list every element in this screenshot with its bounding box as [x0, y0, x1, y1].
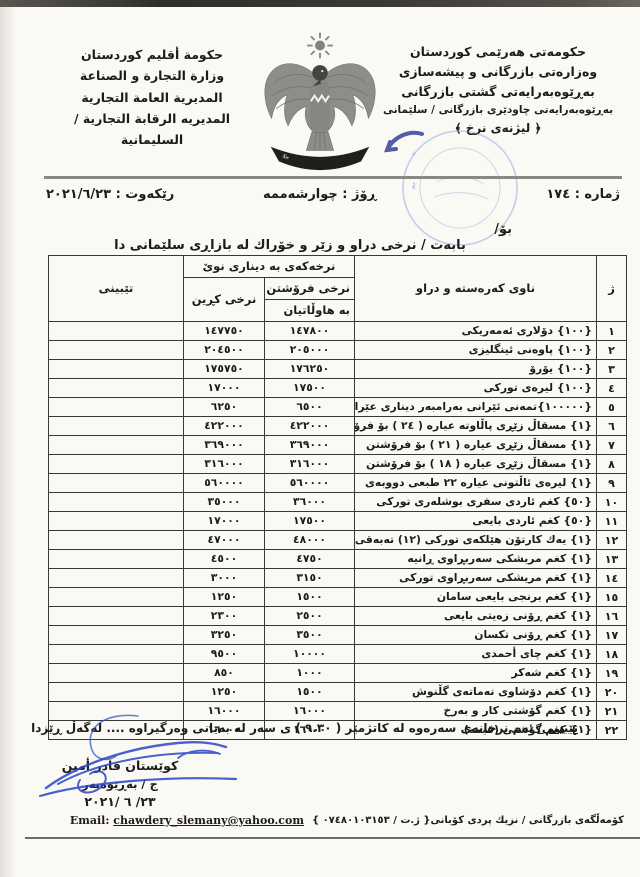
- item-name: {٥٠} كغم ئاردى بايعى: [355, 512, 597, 531]
- row-number: ٩: [597, 474, 627, 493]
- buy-price: ٣٦٩٠٠٠: [183, 436, 264, 455]
- sell-price: ١٧٥٠٠: [265, 379, 355, 398]
- row-number: ١٤: [597, 569, 627, 588]
- row-number: ٢: [597, 341, 627, 360]
- row-note: [48, 683, 183, 702]
- price-table-row: ١٢ {١} يەك كارتۆن هێلكەى توركى (١٢) تەبە…: [48, 531, 626, 550]
- subject-line: بابەت / نرخى دراو و زێر و خۆراك لە بازاڕ…: [0, 238, 610, 253]
- row-note: [48, 493, 183, 512]
- price-table-row: ١٦ {١} كغم ڕۆنى زەيتى بايعى ٢٥٠٠ ٢٣٠٠: [48, 607, 626, 626]
- item-name: {١} كغم دۆشاوى تەماتەى گڵنوش: [355, 683, 597, 702]
- price-table-row: ١٠ {٥٠} كغم ئاردى سفرى بوشلەرى توركى ٣٦٠…: [48, 493, 626, 512]
- row-number: ٥: [597, 398, 627, 417]
- row-note: [48, 531, 183, 550]
- item-name: {١٠٠} پاوەنى ئينگليزى: [355, 341, 597, 360]
- row-note: [48, 379, 183, 398]
- email-address: chawdery_slemany@yahoo.com: [113, 814, 304, 827]
- item-name: {١٠٠} يۆرۆ: [355, 360, 597, 379]
- sell-price: ٤٨٠٠٠: [265, 531, 355, 550]
- email-label: Email:: [70, 814, 110, 827]
- row-number: ٢٠: [597, 683, 627, 702]
- row-note: [48, 474, 183, 493]
- price-table: ژ ناوى كەرەستە و دراو نرخەكەى بە دينارى …: [48, 255, 627, 740]
- footer-rule: [25, 837, 640, 839]
- letterhead-line: بەڕێوەبەرايەتى گشتى بازرگانى: [372, 82, 624, 102]
- sell-price: ١٧٥٠٠: [265, 512, 355, 531]
- row-number: ١٨: [597, 645, 627, 664]
- buy-price: ٨٥٠: [183, 664, 264, 683]
- footnote-label: تێبينى/: [537, 721, 578, 735]
- item-name: {١} كغم گۆشتى كار و بەرخ: [355, 702, 597, 721]
- letterhead-line: المديريه الرقابة التجارية / السليمانية: [44, 108, 260, 151]
- column-header-sell-price-line2: بە هاوڵاتيان: [265, 300, 355, 322]
- buy-price: ٣٢٥٠: [183, 626, 264, 645]
- row-note: [48, 417, 183, 436]
- sell-price: ٤٢٢٠٠٠: [265, 417, 355, 436]
- sell-price: ٤٧٥٠: [265, 550, 355, 569]
- buy-price: ١٤٧٧٥٠: [183, 322, 264, 341]
- sell-price: ٢٥٠٠: [265, 607, 355, 626]
- sell-price: ١٥٠٠: [265, 683, 355, 702]
- buy-price: ٢٠٤٥٠٠: [183, 341, 264, 360]
- buy-price: ١٧٠٠٠: [183, 512, 264, 531]
- row-note: [48, 341, 183, 360]
- buy-price: ٣١٦٠٠٠: [183, 455, 264, 474]
- row-number: ٣: [597, 360, 627, 379]
- item-name: {١} ليرەى ئاڵتونى عيارە ٢٢ طبعى دووبەى: [355, 474, 597, 493]
- item-name: {١} كغم مريشكى سەربڕاوى توركى: [355, 569, 597, 588]
- item-name: {١} كغم ڕۆنى تكسان: [355, 626, 597, 645]
- buy-price: ٥٦٠٠٠٠: [183, 474, 264, 493]
- item-name: {١} كغم برنجى بايعى سامان: [355, 588, 597, 607]
- buy-price: ١٦٠٠٠: [183, 702, 264, 721]
- item-name: {١٠٠} ليرەى توركى: [355, 379, 597, 398]
- price-table-row: ٢٠ {١} كغم دۆشاوى تەماتەى گڵنوش ١٥٠٠ ١٢٥…: [48, 683, 626, 702]
- letterhead-arabic-block: حكومة أقليم كوردستان وزارة التجارة و الص…: [44, 44, 260, 150]
- price-table-row: ١١ {٥٠} كغم ئاردى بايعى ١٧٥٠٠ ١٧٠٠٠: [48, 512, 626, 531]
- letterhead-line: حكومەتى هەرێمى كوردستان: [372, 42, 624, 62]
- document-number: ژماره : ١٧٤: [546, 187, 620, 202]
- footer-contact-line: كۆمەڵگەى بازرگانى / نزيك پردى كۆبانى{ ژ.…: [70, 814, 624, 827]
- header-divider-rule: [44, 176, 622, 179]
- price-table-row: ٩ {١} ليرەى ئاڵتونى عيارە ٢٢ طبعى دووبەى…: [48, 474, 626, 493]
- letterhead-line: بەڕێوەبەرايەتى چاودێرى بازرگانى / سلێمان…: [372, 102, 624, 119]
- price-table-body: ١ {١٠٠} دۆلارى ئەمەريكى ١٤٧٨٠٠ ١٤٧٧٥٠ ٢ …: [48, 322, 626, 740]
- footer-address: كۆمەڵگەى بازرگانى / نزيك پردى كۆبانى{ ژ.…: [312, 815, 624, 826]
- price-table-row: ٨ {١} مسقاڵ زێڕى عيارە ( ١٨ ) بۆ فرۆشتن …: [48, 455, 626, 474]
- handwritten-signature-icon: [28, 726, 264, 804]
- price-table-row: ١٩ {١} كغم شەكر ١٠٠٠ ٨٥٠: [48, 664, 626, 683]
- price-table-row: ٣ {١٠٠} يۆرۆ ١٧٦٢٥٠ ١٧٥٧٥٠: [48, 360, 626, 379]
- buy-price: ٦٢٥٠: [183, 398, 264, 417]
- item-name: {١} كغم شەكر: [355, 664, 597, 683]
- row-number: ٢٢: [597, 721, 627, 740]
- row-note: [48, 322, 183, 341]
- row-number: ١٥: [597, 588, 627, 607]
- row-note: [48, 436, 183, 455]
- row-number: ١: [597, 322, 627, 341]
- buy-price: ١٧٠٠٠: [183, 379, 264, 398]
- price-table-row: ٦ {١} مسقاڵ زێڕى پاڵاوتە عيارە ( ٢٤ ) بۆ…: [48, 417, 626, 436]
- row-note: [48, 588, 183, 607]
- row-note: [48, 550, 183, 569]
- buy-price: ٣٠٠٠: [183, 569, 264, 588]
- row-note: [48, 626, 183, 645]
- price-table-row: ١٤ {١} كغم مريشكى سەربڕاوى توركى ٣١٥٠ ٣٠…: [48, 569, 626, 588]
- buy-price: ٣٥٠٠٠: [183, 493, 264, 512]
- buy-price: ٤٧٠٠٠: [183, 531, 264, 550]
- sell-price: ١٥٠٠: [265, 588, 355, 607]
- scan-edge-shade: [0, 7, 16, 877]
- row-number: ١٩: [597, 664, 627, 683]
- letterhead-line: حكومة أقليم كوردستان: [44, 44, 260, 65]
- sell-price: ٥٦٠٠٠٠: [265, 474, 355, 493]
- sell-price: ٣١٥٠: [265, 569, 355, 588]
- document-day: ڕۆژ : چوارشەممە: [263, 187, 376, 202]
- price-table-row: ٢ {١٠٠} پاوەنى ئينگليزى ٢٠٥٠٠٠ ٢٠٤٥٠٠: [48, 341, 626, 360]
- buy-price: ١٢٥٠: [183, 683, 264, 702]
- buy-price: ١٧٥٧٥٠: [183, 360, 264, 379]
- row-note: [48, 607, 183, 626]
- buy-price: ١٢٥٠: [183, 588, 264, 607]
- buy-price: ٢٣٠٠: [183, 607, 264, 626]
- row-number: ٦: [597, 417, 627, 436]
- row-number: ١٦: [597, 607, 627, 626]
- row-number: ٢١: [597, 702, 627, 721]
- sell-price: ١٦٠٠٠: [265, 702, 355, 721]
- row-number: ١٢: [597, 531, 627, 550]
- column-header-price-group: نرخەكەى بە دينارى نوێ: [183, 256, 354, 278]
- item-name: {١} مسقاڵ زێڕى عيارە ( ٢١ ) بۆ فرۆشتن: [355, 436, 597, 455]
- column-header-notes: تێبينى: [48, 256, 183, 322]
- column-header-sell-price-line1: نرخى فرۆشتن: [265, 278, 355, 300]
- scanned-price-list-document: { "header": { "right_block": { "lines": …: [0, 0, 640, 877]
- sell-price: ١٠٠٠: [265, 664, 355, 683]
- price-table-row: ١٨ {١} كغم چاى أحمدى ١٠٠٠٠ ٩٥٠٠: [48, 645, 626, 664]
- row-number: ١١: [597, 512, 627, 531]
- sell-price: ١٧٦٢٥٠: [265, 360, 355, 379]
- row-note: [48, 512, 183, 531]
- document-date: رێكەوت : ٢٠٢١/٦/٢٣: [46, 187, 174, 202]
- price-table-row: ١ {١٠٠} دۆلارى ئەمەريكى ١٤٧٨٠٠ ١٤٧٧٥٠: [48, 322, 626, 341]
- row-number: ١٣: [597, 550, 627, 569]
- row-number: ٨: [597, 455, 627, 474]
- row-note: [48, 645, 183, 664]
- sell-price: ٣٦٩٠٠٠: [265, 436, 355, 455]
- item-name: {١٠٠٠٠٠}تمەنى ئێرانى بەرامبەر دينارى عێر…: [355, 398, 597, 417]
- sell-price: ٦٥٠٠: [265, 398, 355, 417]
- letterhead-line: وەزارەتى بازرگانى و پيشەسازى: [372, 62, 624, 82]
- row-note: [48, 455, 183, 474]
- item-name: {١} كغم مريشكى سەربڕاوى ڕانيە: [355, 550, 597, 569]
- sell-price: ٣٦٠٠٠: [265, 493, 355, 512]
- scan-top-band: [0, 0, 640, 7]
- item-name: {١} مسقاڵ زێڕى پاڵاوتە عيارە ( ٢٤ ) بۆ ف…: [355, 417, 597, 436]
- column-header-number: ژ: [597, 256, 627, 322]
- price-table-row: ٧ {١} مسقاڵ زێڕى عيارە ( ٢١ ) بۆ فرۆشتن …: [48, 436, 626, 455]
- item-name: {١} يەك كارتۆن هێلكەى توركى (١٢) تەبەقى: [355, 531, 597, 550]
- sell-price: ٣١٦٠٠٠: [265, 455, 355, 474]
- column-header-buy-price: نرخى كڕين: [183, 278, 264, 322]
- row-number: ١٠: [597, 493, 627, 512]
- item-name: {١} مسقاڵ زێڕى عيارە ( ١٨ ) بۆ فرۆشتن: [355, 455, 597, 474]
- sell-price: ١٠٠٠٠: [265, 645, 355, 664]
- eagle-head: [312, 65, 328, 81]
- to-line: بۆ/: [494, 222, 512, 237]
- price-table-row: ١٧ {١} كغم ڕۆنى تكسان ٣٥٠٠ ٣٢٥٠: [48, 626, 626, 645]
- column-header-item-name: ناوى كەرەستە و دراو: [355, 256, 597, 322]
- kurdistan-eagle-emblem-icon: حكومەتى هەرێمى كوردستان: [256, 30, 384, 176]
- buy-price: ٤٢٢٠٠٠: [183, 417, 264, 436]
- row-note: [48, 569, 183, 588]
- price-table-row: ١٣ {١} كغم مريشكى سەربڕاوى ڕانيە ٤٧٥٠ ٤٥…: [48, 550, 626, 569]
- item-name: {١} كغم چاى أحمدى: [355, 645, 597, 664]
- row-number: ١٧: [597, 626, 627, 645]
- row-note: [48, 398, 183, 417]
- buy-price: ٤٥٠٠: [183, 550, 264, 569]
- row-note: [48, 360, 183, 379]
- price-table-row: ١٥ {١} كغم برنجى بايعى سامان ١٥٠٠ ١٢٥٠: [48, 588, 626, 607]
- letterhead-line: وزارة التجارة و الصناعة: [44, 65, 260, 86]
- item-name: {٥٠} كغم ئاردى سفرى بوشلەرى توركى: [355, 493, 597, 512]
- footer-email-group: Email: chawdery_slemany@yahoo.com: [70, 814, 304, 827]
- row-note: [48, 664, 183, 683]
- row-number: ٤: [597, 379, 627, 398]
- row-number: ٧: [597, 436, 627, 455]
- sell-price: ١٤٧٨٠٠: [265, 322, 355, 341]
- item-name: {١٠٠} دۆلارى ئەمەريكى: [355, 322, 597, 341]
- buy-price: ٩٥٠٠: [183, 645, 264, 664]
- sell-price: ٣٥٠٠: [265, 626, 355, 645]
- item-name: {١} كغم ڕۆنى زەيتى بايعى: [355, 607, 597, 626]
- price-table-row: ٥ {١٠٠٠٠٠}تمەنى ئێرانى بەرامبەر دينارى ع…: [48, 398, 626, 417]
- pen-mark-icon: [382, 128, 428, 160]
- price-table-row: ٤ {١٠٠} ليرەى توركى ١٧٥٠٠ ١٧٠٠٠: [48, 379, 626, 398]
- sell-price: ٢٠٥٠٠٠: [265, 341, 355, 360]
- letterhead-line: المديرية العامة التجارية: [44, 87, 260, 108]
- price-table-container: ژ ناوى كەرەستە و دراو نرخەكەى بە دينارى …: [48, 255, 627, 740]
